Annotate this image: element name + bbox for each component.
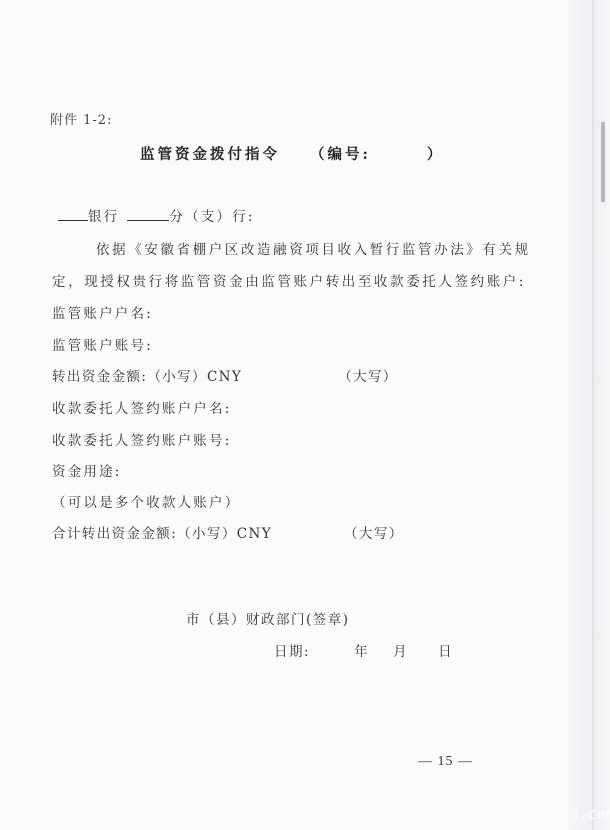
date-line: 日期:年月日 bbox=[274, 640, 453, 660]
watermark: m.huibaizeng.com bbox=[470, 805, 610, 823]
total-amount-field: 合计转出资金金额:（小写）CNY bbox=[52, 526, 272, 542]
branch-label: 分（支）行: bbox=[169, 209, 254, 225]
scan-edge-line bbox=[592, 0, 594, 830]
bank-name-blank bbox=[58, 208, 88, 221]
attachment-label: 附件 1-2: bbox=[50, 109, 112, 128]
supervision-account-number-field: 监管账户账号: bbox=[52, 334, 153, 354]
supervision-account-name-field: 监管账户户名: bbox=[52, 302, 153, 322]
multiple-payees-note: （可以是多个收款人账户） bbox=[52, 491, 240, 511]
serial-number-label: （编号: bbox=[310, 146, 371, 163]
scan-edge-shadow bbox=[601, 122, 605, 202]
serial-number-close: ） bbox=[427, 146, 445, 163]
payee-account-number-field: 收款委托人签约账户账号: bbox=[52, 429, 231, 449]
transfer-amount-field: 转出资金金额:（小写）CNY bbox=[52, 369, 242, 385]
date-month: 月 bbox=[393, 644, 408, 660]
bank-line: 银行分（支）行: bbox=[58, 205, 255, 225]
document-title-line: 监管资金拨付指令（编号:） bbox=[140, 143, 444, 164]
branch-name-blank bbox=[127, 208, 169, 221]
transfer-amount-upper-field: （大写） bbox=[338, 369, 398, 385]
date-day: 日 bbox=[438, 644, 453, 660]
total-amount-line: 合计转出资金金额:（小写）CNY（大写） bbox=[52, 522, 404, 542]
fund-purpose-field: 资金用途: bbox=[52, 460, 122, 480]
bank-label: 银行 bbox=[88, 209, 119, 225]
transfer-amount-line: 转出资金金额:（小写）CNY（大写） bbox=[52, 365, 398, 385]
date-year: 年 bbox=[354, 644, 369, 660]
authorization-paragraph-line-2: 定，现授权贵行将监管资金由监管账户转出至收款委托人签约账户: bbox=[52, 270, 526, 290]
date-label: 日期: bbox=[274, 644, 310, 660]
signature-line: 市（县）财政部门(签章) bbox=[186, 608, 350, 628]
document-title: 监管资金拨付指令 bbox=[140, 146, 280, 163]
authorization-paragraph-line-1: 依据《安徽省棚户区改造融资项目收入暂行监管办法》有关规 bbox=[96, 238, 531, 258]
page-number: — 15 — bbox=[418, 754, 473, 770]
total-amount-upper-field: （大写） bbox=[344, 526, 404, 542]
payee-account-name-field: 收款委托人签约账户户名: bbox=[52, 397, 231, 417]
